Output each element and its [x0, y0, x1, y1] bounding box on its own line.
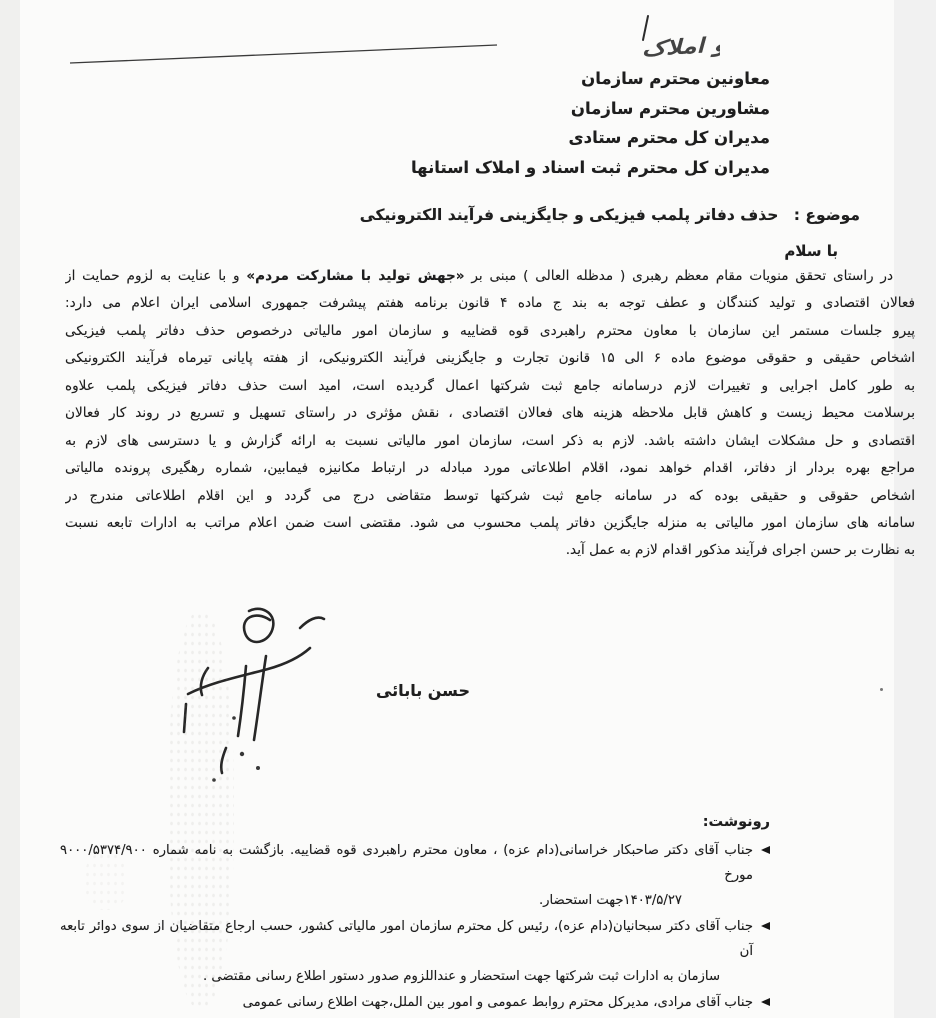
cc-title: رونوشت: [60, 810, 770, 835]
subject-line: موضوع : حذف دفاتر پلمب فیزیکی و جایگزینی… [360, 206, 860, 224]
signatory-name: حسن بابائی [376, 681, 470, 700]
letterhead-underline [70, 45, 497, 63]
scan-noise-smudge [84, 852, 128, 910]
body-line: فعالان اقتصادی و تولید کنندگان و عطف توج… [65, 290, 915, 317]
recipient-list: معاونین محترم سازمان مشاورین محترم سازما… [411, 64, 770, 182]
letterhead-text: سازمان ثبت اسناد و املاک [641, 19, 720, 62]
cc-item: جناب آقای دکتر سبحانیان(دام عزه)، رئیس ک… [60, 914, 770, 989]
subject-text: حذف دفاتر پلمب فیزیکی و جایگزینی فرآیند … [360, 206, 779, 224]
recipient-line: مشاورین محترم سازمان [411, 94, 770, 124]
cc-arrow-icon [761, 846, 770, 854]
cc-arrow-icon [761, 922, 770, 930]
body-line: اشخاص حقیقی و حقوقی موضوع ماده ۶ الی ۱۵ … [65, 345, 915, 372]
salutation: با سلام [784, 242, 838, 260]
scan-speck [880, 688, 883, 691]
cc-section: رونوشت: جناب آقای دکتر صاحبکار خراسانی(د… [60, 810, 770, 1016]
body-line: سامانه های سازمان امور مالیاتی به منزله … [65, 510, 915, 537]
subject-label: موضوع : [794, 206, 860, 224]
cc-item-text: جناب آقای دکتر سبحانیان(دام عزه)، رئیس ک… [60, 914, 753, 964]
recipient-line: مدیران کل محترم ثبت اسناد و املاک استانه… [411, 153, 770, 183]
letter-body: در راستای تحقق منویات مقام معظم رهبری ( … [65, 263, 915, 565]
body-line: اشخاص حقوقی و حقیقی بوده که در سامانه جا… [65, 483, 915, 510]
body-line: برسلامت محیط زیست و کاهش قابل ملاحظه هزی… [65, 400, 915, 427]
cc-item: جناب آقای دکتر صاحبکار خراسانی(دام عزه) … [60, 838, 770, 913]
cc-arrow-icon [761, 998, 770, 1006]
cc-item: جناب آقای مرادی، مدیرکل محترم روابط عموم… [60, 990, 770, 1015]
body-opening-pre: در راستای تحقق منویات مقام معظم رهبری ( … [465, 268, 894, 284]
recipient-line: معاونین محترم سازمان [411, 64, 770, 94]
body-line: پیرو جلسات مستمر این سازمان با معاون محت… [65, 318, 915, 345]
scan-edge-left [0, 0, 20, 1018]
body-opening-post: و با عنایت به لزوم حمایت از [65, 268, 246, 284]
body-opening-bold-phrase: «جهش تولید با مشارکت مردم» [246, 268, 464, 284]
body-line: به طور کامل اجرایی و تغییرات لازم درساما… [65, 373, 915, 400]
body-line: اقتصادی و حل مشکلات ایشان داشته باشد. لا… [65, 428, 915, 455]
body-line: در راستای تحقق منویات مقام معظم رهبری ( … [65, 263, 915, 290]
cc-item-continuation: ۱۴۰۳/۵/۲۷جهت استحضار. [60, 888, 770, 913]
scan-noise-streak [168, 612, 234, 1008]
cc-item-continuation: سازمان به ادارات ثبت شرکتها جهت استحضار … [60, 964, 770, 989]
recipient-line: مدیران کل محترم ستادی [411, 123, 770, 153]
body-line: مراجع بهره بردار از دفاتر، اقدام خواهد ن… [65, 455, 915, 482]
body-line: به نظارت بر حسن اجرای فرآیند مذکور اقدام… [65, 537, 915, 564]
cc-item-text: جناب آقای دکتر صاحبکار خراسانی(دام عزه) … [60, 838, 753, 888]
cc-item-text: جناب آقای مرادی، مدیرکل محترم روابط عموم… [243, 990, 753, 1015]
scanned-letter-page: سازمان ثبت اسناد و املاک معاونین محترم س… [0, 0, 936, 1018]
